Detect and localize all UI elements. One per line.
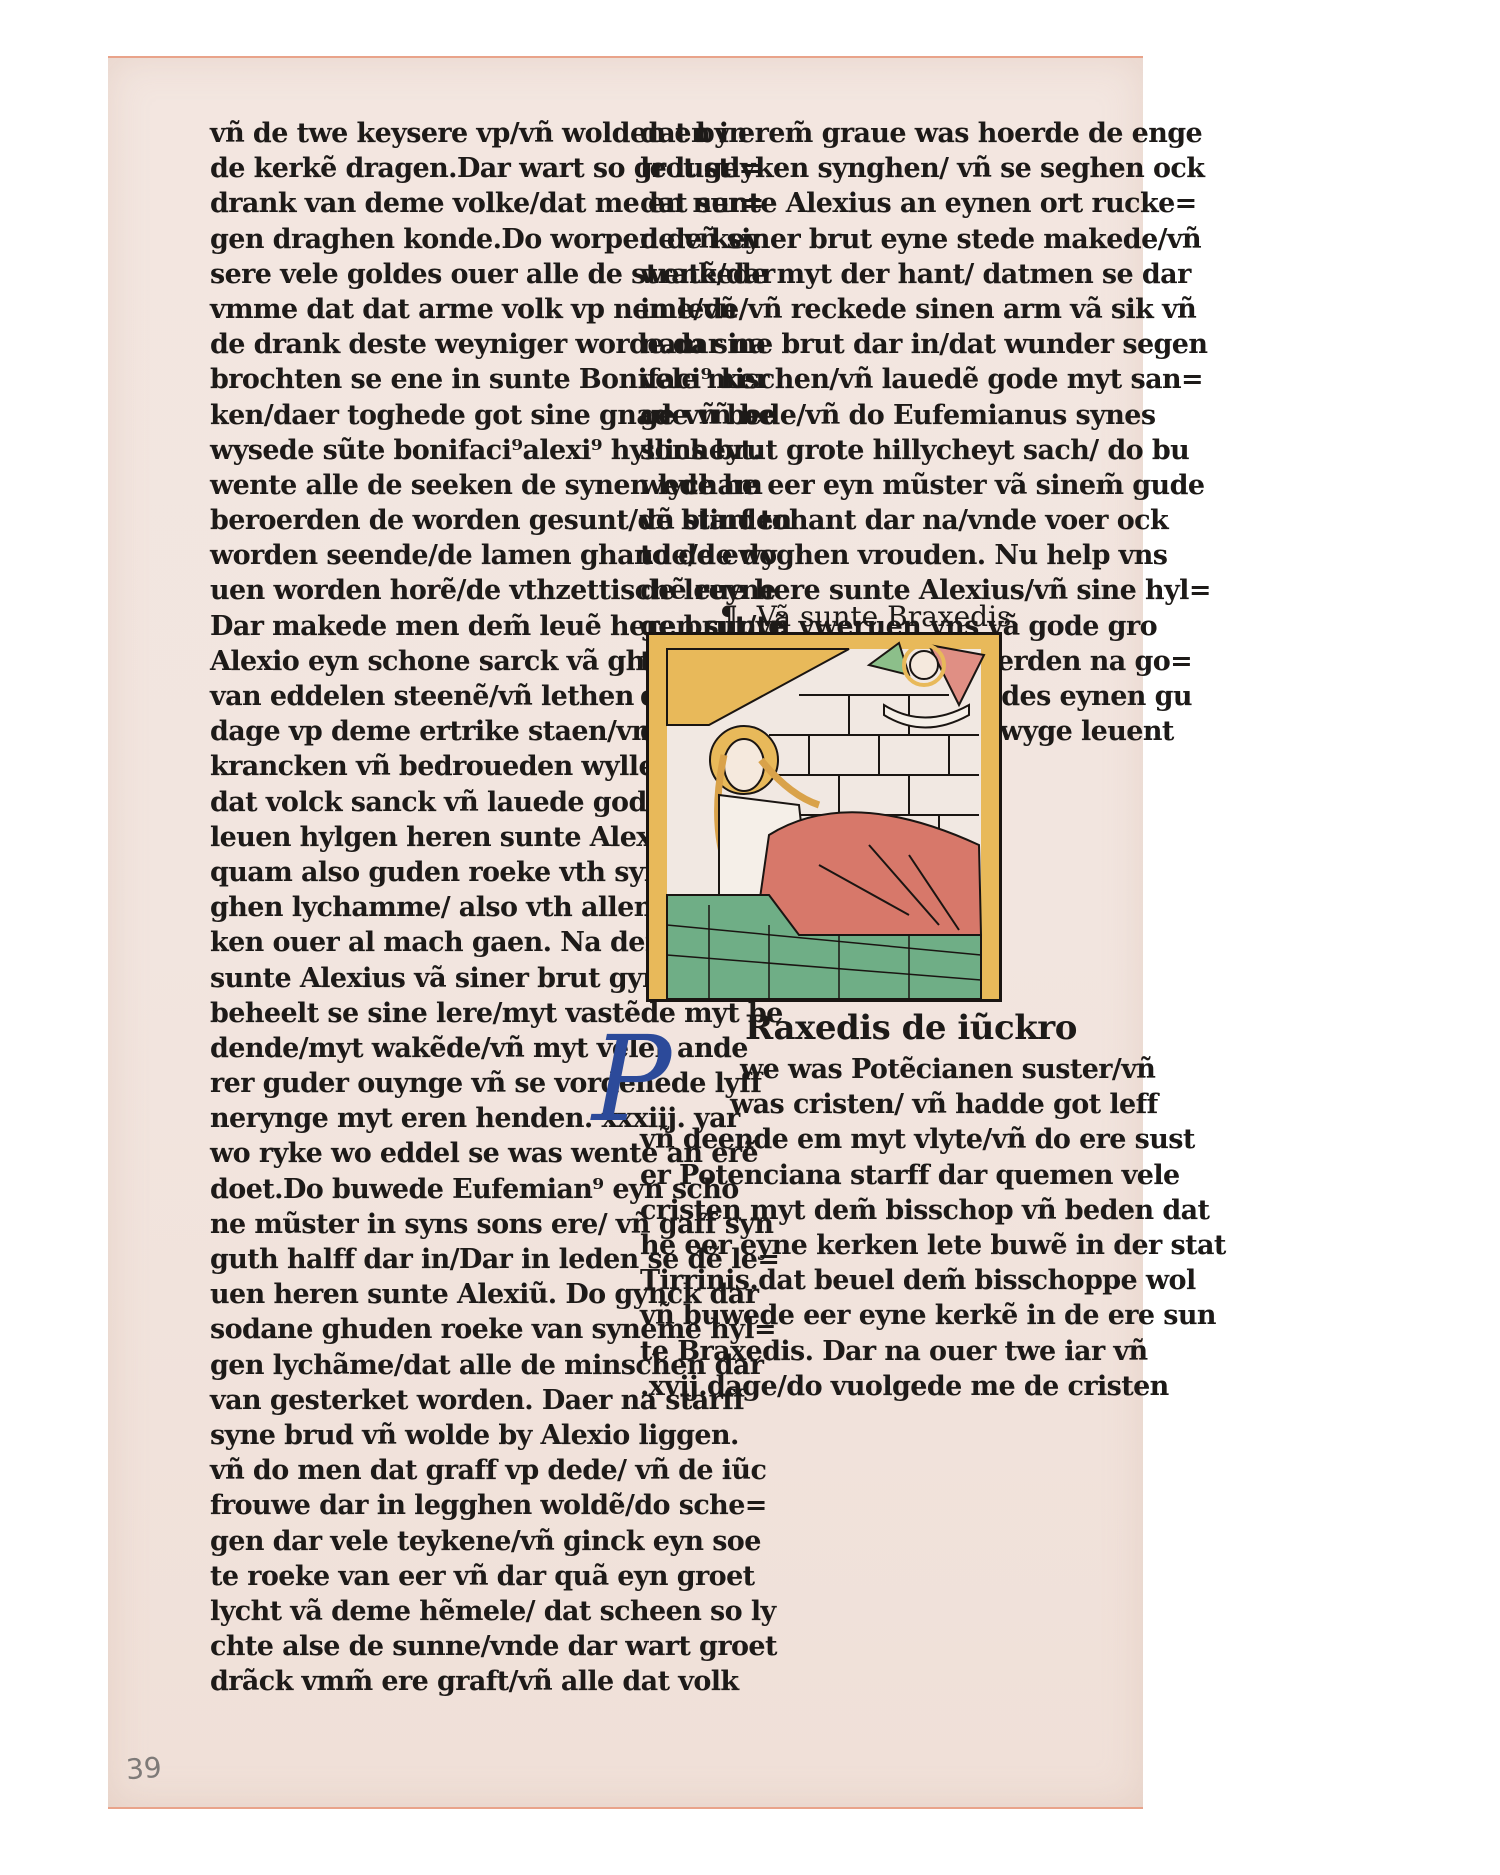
text-line: lycht vã deme hẽmele/ dat scheen so ly	[210, 1594, 792, 1629]
pencil-page-number: 39	[125, 1751, 163, 1786]
text-line: ge vñ bede/vñ do Eufemianus synes	[640, 398, 1211, 433]
text-line: te Braxedis. Dar na ouer twe iar vñ	[640, 1334, 1226, 1369]
text-line: vele mischen/vñ lauedẽ gode myt san=	[640, 362, 1211, 397]
text-line: er Potenciana starff dar quemen vele	[640, 1158, 1226, 1193]
text-line: vñ deende em myt vlyte/vñ do ere sust	[640, 1122, 1226, 1157]
saint-in-bed-illustration	[649, 635, 999, 999]
text-line: gen dar vele teykene/vñ ginck eyn soe	[210, 1524, 792, 1559]
text-line: we was Potẽcianen suster/vñ	[640, 1052, 1226, 1087]
text-line: dat sunte Alexius an eynen ort rucke=	[640, 186, 1211, 221]
text-line: chte alse de sunne/vnde dar wart groet	[210, 1629, 792, 1664]
woodcut-illustration	[646, 632, 1002, 1002]
text-line: drãck vmm̃ ere graft/vñ alle dat volk	[210, 1664, 792, 1699]
text-line: was cristen/ vñ hadde got leff	[640, 1087, 1226, 1122]
text-line: nam sine brut dar in/dat wunder segen	[640, 327, 1211, 362]
text-line: to de ewyghen vrouden. Nu help vns	[640, 538, 1211, 573]
text-line: le lustlyken synghen/ vñ se seghen ock	[640, 151, 1211, 186]
text-line: vñ buwede eer eyne kerkẽ in de ere sun	[640, 1298, 1226, 1333]
text-line: cristen myt dem̃ bisschop vñ beden dat	[640, 1193, 1226, 1228]
section-heading-text: Vã sunte Braxedis.	[757, 600, 1021, 633]
text-line: wede he eer eyn mũster vã sinem̃ gude	[640, 468, 1211, 503]
text-line: .xvij.dage/do vuolgede me de cristen	[640, 1369, 1226, 1404]
text-line: wenkede myt der hant/ datmen se dar	[640, 257, 1211, 292]
chapter-heading: Raxedis de iũckro	[745, 1008, 1077, 1048]
pilcrow-icon: ¶	[720, 600, 738, 633]
text-line: vñ starf tohant dar na/vnde voer ock	[640, 503, 1211, 538]
text-line: he eer eyne kerken lete buwẽ in der stat	[640, 1228, 1226, 1263]
text-line: frouwe dar in legghen woldẽ/do sche=	[210, 1488, 792, 1523]
text-line: in lede/vñ reckede sinen arm vã sik vñ	[640, 292, 1211, 327]
text-line: vñ do men dat graff vp dede/ vñ de iũc	[210, 1453, 792, 1488]
text-line: sons brut grote hillycheyt sach/ do bu	[640, 433, 1211, 468]
text-line: de vñ siner brut eyne stede makede/vñ	[640, 222, 1211, 257]
text-line: syne brud vñ wolde by Alexio liggen.	[210, 1418, 792, 1453]
text-line: dat by erem̃ graue was hoerde de enge	[640, 116, 1211, 151]
section-heading: ¶ Vã sunte Braxedis.	[720, 600, 1020, 633]
text-line: te roeke van eer vñ dar quã eyn groet	[210, 1559, 792, 1594]
chapter-text-column: we was Potẽcianen suster/vñwas cristen/ …	[640, 1052, 1226, 1404]
text-line: Tirrinis.dat beuel dem̃ bisschoppe wol	[640, 1263, 1226, 1298]
